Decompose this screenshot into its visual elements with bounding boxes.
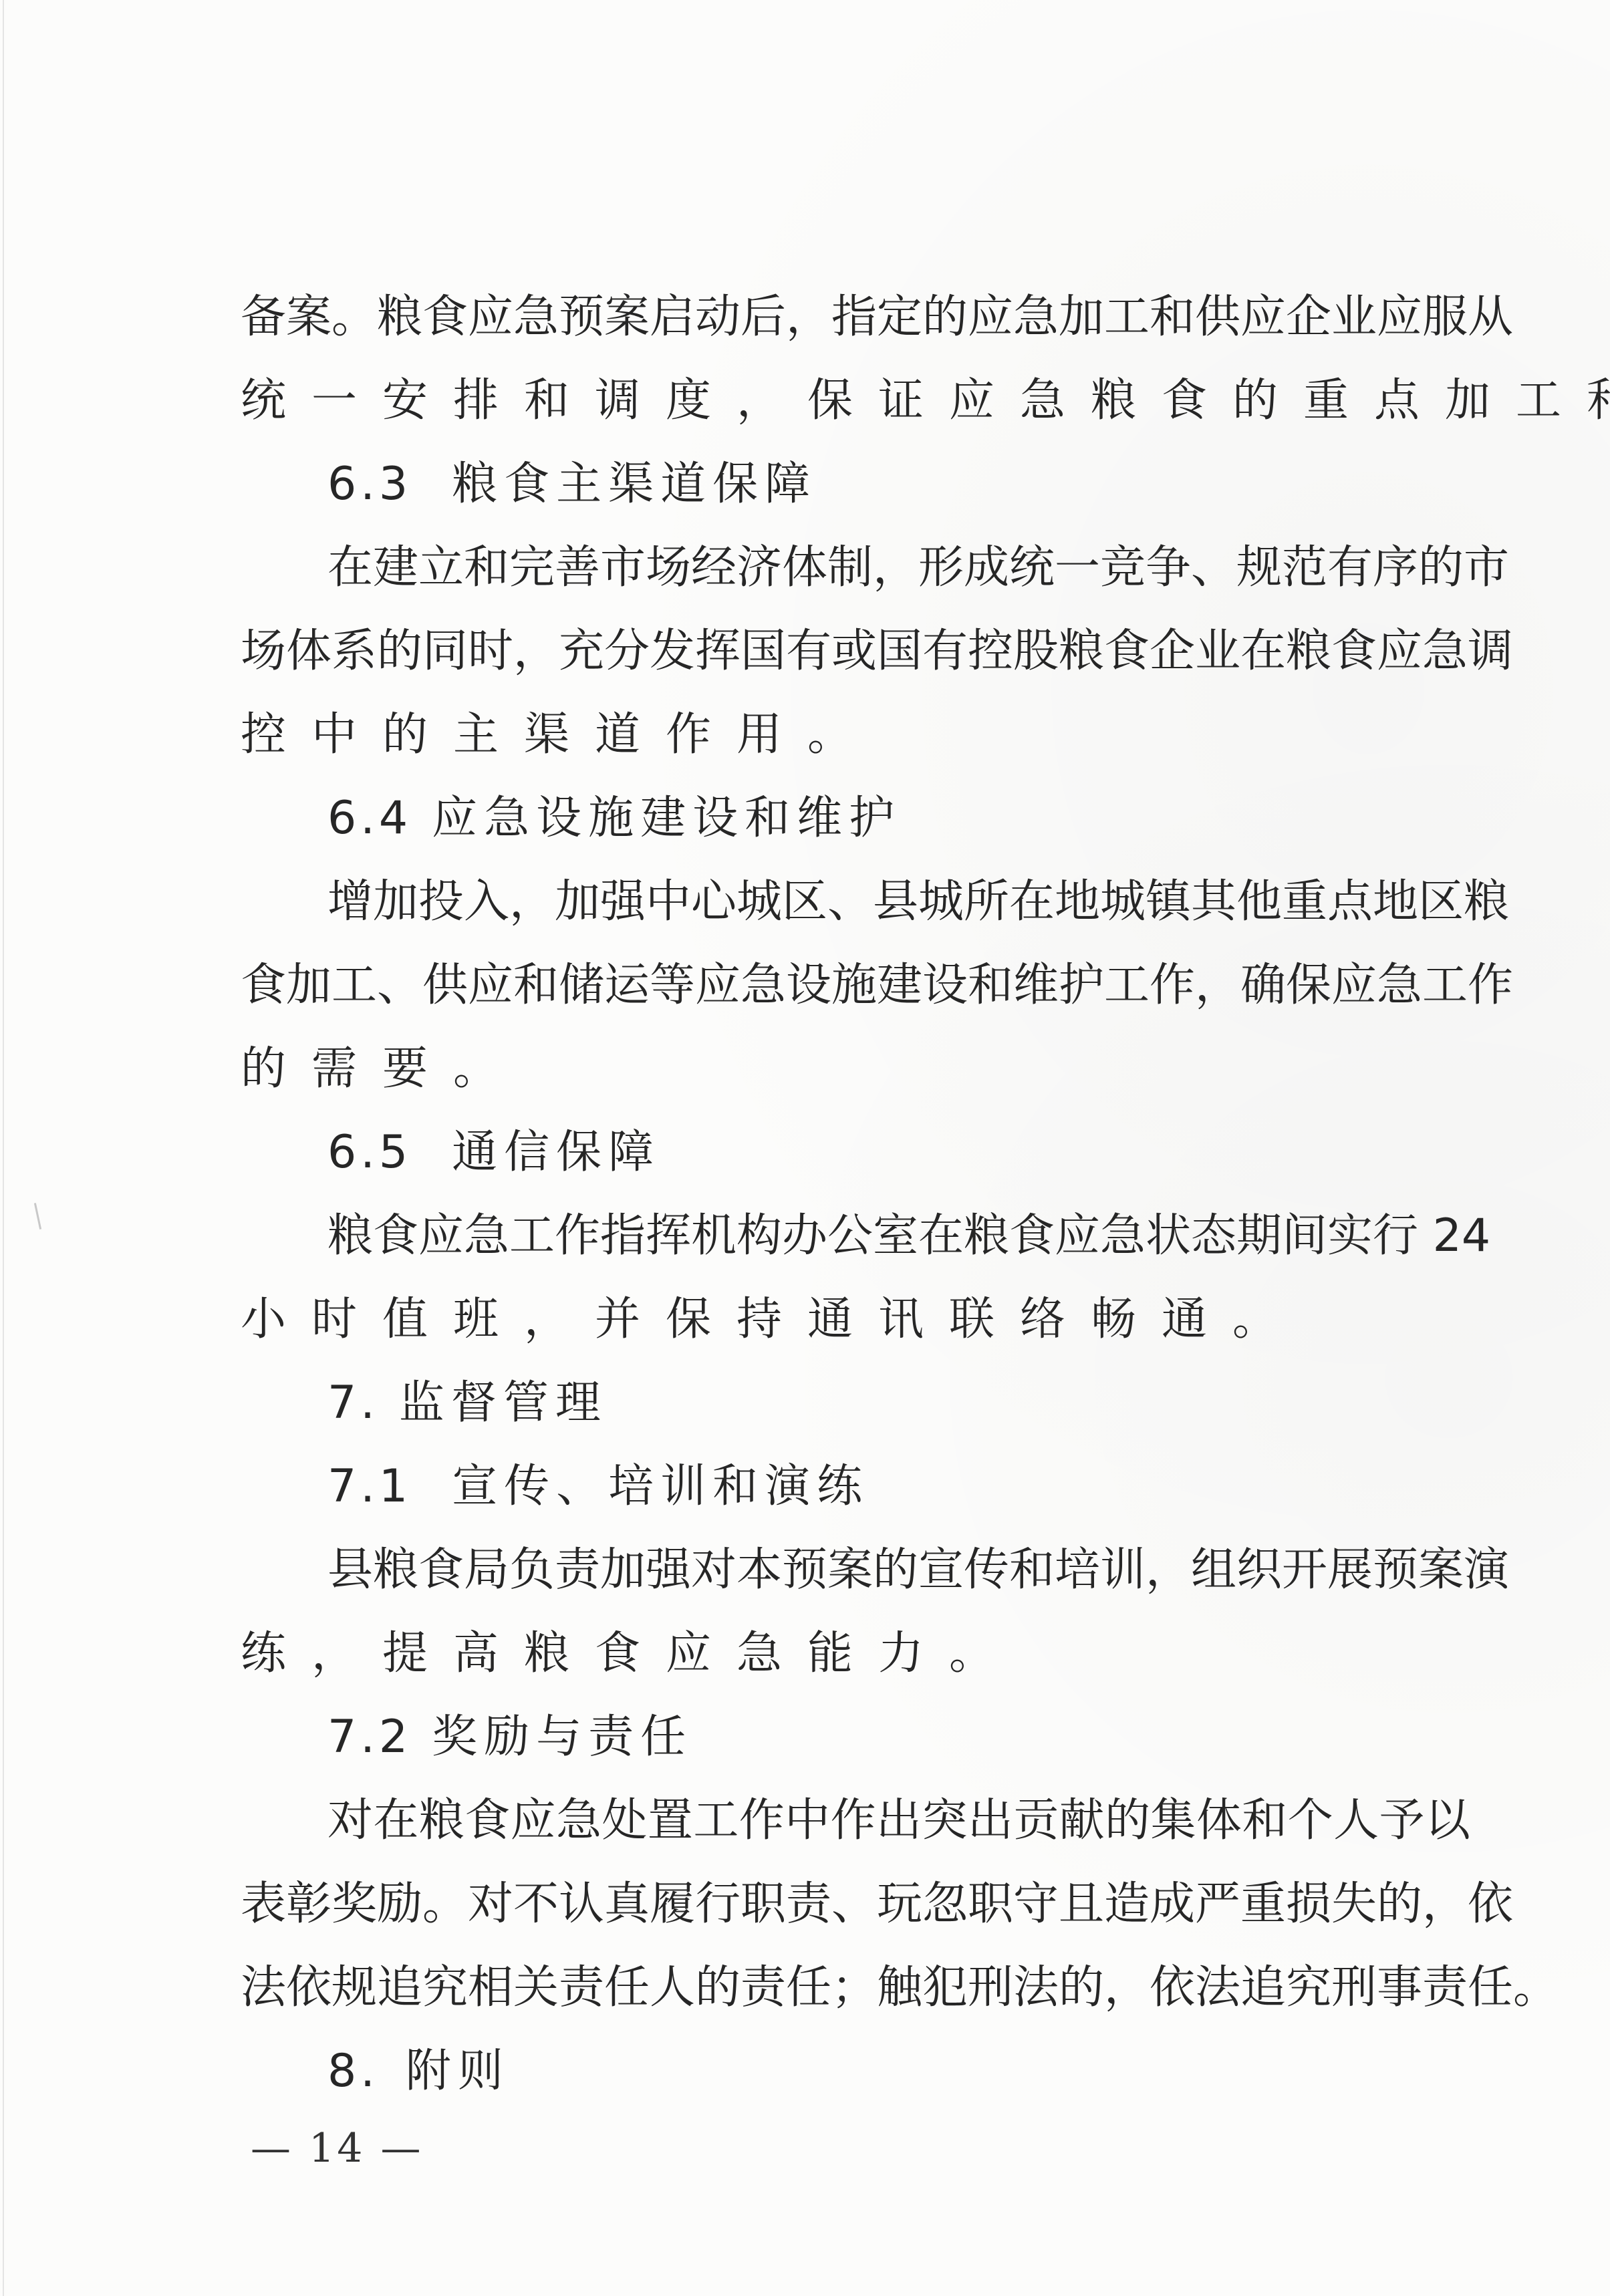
section-title: 粮食主渠道保障 — [452, 458, 817, 511]
section-heading-6-3: 6.3粮食主渠道保障 — [327, 454, 1470, 515]
paragraph-line: 统一安排和调度，保证应急粮食的重点加工和供应。 — [241, 371, 1470, 431]
section-title: 附则 — [406, 2045, 510, 2098]
paragraph-line: 控中的主渠道作用。 — [241, 705, 1470, 765]
paragraph-line: 食加工、供应和储运等应急设施建设和维护工作，确保应急工作 — [241, 956, 1470, 1016]
scanned-document-page: 备案。粮食应急预案启动后，指定的应急加工和供应企业应服从 统一安排和调度，保证应… — [0, 0, 1610, 2296]
paragraph-line: 对在粮食应急处置工作中作出突出贡献的集体和个人予以 — [327, 1791, 1470, 1851]
section-title: 通信保障 — [452, 1126, 660, 1179]
section-number: 8. — [327, 2041, 379, 2102]
scan-left-edge — [3, 0, 4, 2296]
page-number: — 14 — — [251, 2122, 424, 2175]
paragraph-line: 粮食应急工作指挥机构办公室在粮食应急状态期间实行 24 — [327, 1206, 1470, 1266]
section-heading-7-2: 7.2奖励与责任 — [327, 1707, 1470, 1767]
section-heading-7-1: 7.1宣传、培训和演练 — [327, 1457, 1470, 1517]
paragraph-line: 表彰奖励。对不认真履行职责、玩忽职守且造成严重损失的，依 — [241, 1874, 1470, 1934]
section-number: 7.1 — [327, 1457, 412, 1517]
paragraph-line: 在建立和完善市场经济体制，形成统一竞争、规范有序的市 — [327, 538, 1470, 598]
paragraph-line: 场体系的同时，充分发挥国有或国有控股粮食企业在粮食应急调 — [241, 621, 1470, 682]
section-number: 6.3 — [327, 454, 412, 515]
paragraph-line: 的需要。 — [241, 1039, 1470, 1099]
paragraph-line: 增加投入，加强中心城区、县城所在地城镇其他重点地区粮 — [327, 872, 1470, 932]
section-title: 应急设施建设和维护 — [432, 792, 901, 845]
scan-artifact-mark — [34, 1203, 41, 1230]
section-title: 监督管理 — [399, 1377, 608, 1429]
paragraph-line: 法依规追究相关责任人的责任；触犯刑法的，依法追究刑事责任。 — [241, 1958, 1470, 2018]
section-number: 7.2 — [327, 1707, 412, 1767]
paragraph-line: 小时值班，并保持通讯联络畅通。 — [241, 1290, 1470, 1350]
section-heading-7: 7.监督管理 — [327, 1373, 1470, 1433]
paragraph-line: 县粮食局负责加强对本预案的宣传和培训，组织开展预案演 — [327, 1540, 1470, 1600]
section-number: 6.5 — [327, 1123, 412, 1183]
paragraph-line: 练，提高粮食应急能力。 — [241, 1624, 1470, 1684]
section-heading-8: 8.附则 — [327, 2041, 1470, 2102]
section-heading-6-5: 6.5通信保障 — [327, 1123, 1470, 1183]
section-heading-6-4: 6.4应急设施建设和维护 — [327, 788, 1470, 849]
section-title: 宣传、培训和演练 — [452, 1460, 869, 1513]
section-number: 7. — [327, 1373, 379, 1433]
section-title: 奖励与责任 — [432, 1711, 692, 1763]
paragraph-line: 备案。粮食应急预案启动后，指定的应急加工和供应企业应服从 — [241, 287, 1470, 347]
section-number: 6.4 — [327, 788, 412, 849]
